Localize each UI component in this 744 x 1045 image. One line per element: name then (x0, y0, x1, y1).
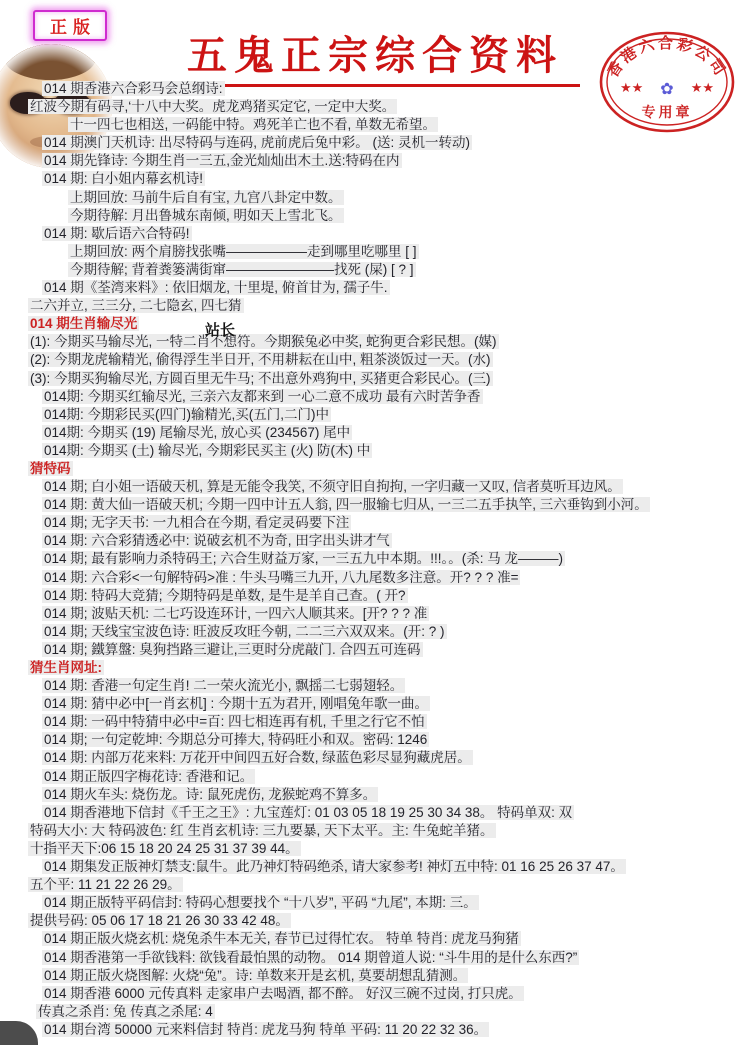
line-text: 五个平: 11 21 22 26 29。 (28, 877, 183, 892)
text-line: 上期回放: 两个肩膀找张嘴——————走到哪里吃哪里 [ ] (0, 243, 744, 261)
text-line: 014 期: 白小姐内幕玄机诗! (0, 170, 744, 188)
text-line: 014 期火车头: 烧伤龙。诗: 鼠死虎伤, 龙猴蛇鸡不算多。 (0, 786, 744, 804)
text-line: 014 期台湾 50000 元来料信封 特肖: 虎龙马狗 特单 平码: 11 2… (0, 1021, 744, 1039)
line-text: 014 期: 内部万花来料: 万花开中间四五好合数, 绿蓝色彩尽显狗藏虎居。 (42, 750, 473, 765)
line-text: 上期回放: 两个肩膀找张嘴——————走到哪里吃哪里 [ ] (68, 244, 419, 259)
text-line: 提供号码: 05 06 17 18 21 26 30 33 42 48。 (0, 912, 744, 930)
line-text: 014 期; 最有影响力杀特码王; 六合生财益万家, 一三五九中本期。!!!。。… (42, 551, 565, 566)
line-text: 014 期; 鐵算盤: 臭狗挡路三避让,三更时分虎敲门. 合四五可连码 (42, 642, 423, 657)
line-text: 014 期集发正版神灯禁支:鼠牛。此乃神灯特码绝杀, 请大家参考! 神灯五中特:… (42, 859, 626, 874)
text-line: 014 期; 波贴天机: 二七巧设连环计, 一四六人顺其来。[开? ? ? 准 (0, 605, 744, 623)
text-line: 014 期先锋诗: 今期生肖一三五,金光灿灿出木土.送:特码在内 (0, 152, 744, 170)
text-line: 014 期: 特码大竞猜; 今期特码是单数, 是牛是羊自己查。( 开? (0, 587, 744, 605)
text-line: 五个平: 11 21 22 26 29。 (0, 876, 744, 894)
line-text: 014 期; 一句定乾坤: 今期总分可捧大, 特码旺小和双。密码: 1246 (42, 732, 429, 747)
text-line: 014 期: 内部万花来料: 万花开中间四五好合数, 绿蓝色彩尽显狗藏虎居。 (0, 749, 744, 767)
text-line: 今期待解: 月出鲁城东南倾, 明如天上雪北飞。 (0, 207, 744, 225)
line-text: 014 期正版火烧玄机: 烧兔杀牛本无关, 春节已过得忙农。 特单 特肖: 虎龙… (42, 931, 521, 946)
line-text: 014 期: 一码中特猜中必中=百: 四七相连再有机, 千里之行它不怕 (42, 714, 427, 729)
text-line: 014 期: 黄大仙一语破天机; 今期一四中计五人翁, 四一服输七归从, 一三二… (0, 496, 744, 514)
line-text: 014期: 今期彩民买(四门)输精光,买(五门,二门)中 (42, 407, 331, 422)
text-line: 014 期; 天线宝宝波色诗: 旺波反攻旺今朝, 二二三六双双来。(开: ? ) (0, 623, 744, 641)
text-line: (1): 今期买马输尽光, 一特二肖不想符。今期猴兔必中奖, 蛇狗更合彩民想。(… (0, 333, 744, 351)
line-text: 014 期; 波贴天机: 二七巧设连环计, 一四六人顺其来。[开? ? ? 准 (42, 606, 429, 621)
line-text: (3): 今期买狗输尽光, 方圆百里无牛马; 不出意外鸡狗中, 买猪更合彩民心。… (28, 371, 493, 386)
text-line: 014期: 今期买红输尽光, 三亲六友都来到 一心二意不成功 最有六时苦争香 (0, 388, 744, 406)
line-text: 014 期: 歇后语六合特码! (42, 226, 192, 241)
line-text: (2): 今期龙虎输精光, 偷得浮生半日开, 不用耕耘在山中, 粗茶淡饭过一天。… (28, 352, 493, 367)
line-text: 014 期台湾 50000 元来料信封 特肖: 虎龙马狗 特单 平码: 11 2… (42, 1022, 489, 1037)
line-text: 今期待解: 月出鲁城东南倾, 明如天上雪北飞。 (68, 208, 344, 223)
text-line: 014 期; 最有影响力杀特码王; 六合生财益万家, 一三五九中本期。!!!。。… (0, 550, 744, 568)
line-text: 014期: 今期买红输尽光, 三亲六友都来到 一心二意不成功 最有六时苦争香 (42, 389, 483, 404)
line-text: 014 期: 特码大竞猜; 今期特码是单数, 是牛是羊自己查。( 开? (42, 588, 408, 603)
text-line: 014 期: 六合彩猜透必中: 说破玄机不为奇, 田字出头讲才气 (0, 532, 744, 550)
line-text: 014 期: 白小姐内幕玄机诗! (42, 171, 205, 186)
line-text: 014 期: 香港一句定生肖! 二一荣火流光小, 飘摇二七弱翅轻。 (42, 678, 405, 693)
text-line: 014 期正版特平码信封: 特码心想要找个 “十八岁”, 平码 “九尾”, 本期… (0, 894, 744, 912)
line-text: 014 期香港地下信封《千王之王》: 九宝莲灯: 01 03 05 18 19 … (42, 805, 574, 820)
stamp-arc-text: 香港六合彩公司 (604, 34, 731, 81)
line-text: 十指平天下:06 15 18 20 24 25 31 37 39 44。 (28, 841, 301, 856)
text-line: 014 期: 六合彩<一句解特码>准 : 牛头马嘴三九开, 八九尾数多注意。开?… (0, 569, 744, 587)
stamp-flower-emblem-icon: ✿ (660, 81, 673, 98)
text-line: 014 期: 香港一句定生肖! 二一荣火流光小, 飘摇二七弱翅轻。 (0, 677, 744, 695)
line-text: 上期回放: 马前牛后自有宝, 九宫八卦定中数。 (68, 190, 344, 205)
line-text: 014期: 今期买 (土) 输尽光, 今期彩民买主 (火) 防(木) 中 (42, 443, 372, 458)
line-text: (1): 今期买马输尽光, 一特二肖不想符。今期猴兔必中奖, 蛇狗更合彩民想。(… (28, 334, 499, 349)
line-text: 014 期《荃湾来料》: 依旧烟龙, 十里堤, 俯首甘为, 孺子牛. (42, 280, 390, 295)
text-line: 014期: 今期买 (19) 尾输尽光, 放心买 (234567) 尾中 (0, 424, 744, 442)
text-line: 014 期; 无字天书: 一九相合在今期, 看定灵码要下注 (0, 514, 744, 532)
line-text: 014 期澳门天机诗: 出尽特码与连码, 虎前虎后兔中彩。 (送: 灵机一转动) (42, 135, 472, 150)
line-text: 红波今期有码寻,‘十八中大奖。虎龙鸡猪买定它, 一定中大奖。 (28, 99, 397, 114)
text-line: (3): 今期买狗输尽光, 方圆百里无牛马; 不出意外鸡狗中, 买猪更合彩民心。… (0, 370, 744, 388)
line-text: 014 期正版四字梅花诗: 香港和记。 (42, 769, 255, 784)
text-line: 014 期香港第一手欲钱料: 欲钱看最怕黑的动物。 014 期曾道人说: “斗牛… (0, 949, 744, 967)
line-text: 014 期: 六合彩猜透必中: 说破玄机不为奇, 田字出头讲才气 (42, 533, 392, 548)
text-line: 014 期香港地下信封《千王之王》: 九宝莲灯: 01 03 05 18 19 … (0, 804, 744, 822)
line-text: 提供号码: 05 06 17 18 21 26 30 33 42 48。 (28, 913, 291, 928)
text-line: 上期回放: 马前牛后自有宝, 九宫八卦定中数。 (0, 189, 744, 207)
text-line: 传真之杀肖: 兔 传真之杀尾: 4 (0, 1003, 744, 1021)
text-line: 今期待解; 背着粪篓满街窜————————找死 (屎) [ ? ] (0, 261, 744, 279)
line-text: 猜特码 (28, 461, 73, 476)
text-line: 014 期; 鐵算盤: 臭狗挡路三避让,三更时分虎敲门. 合四五可连码 (0, 641, 744, 659)
line-text: 014 期: 猜中必中[一肖玄机] : 今期十五为君开, 刚唱兔年歌一曲。 (42, 696, 430, 711)
line-text: 二六并立, 三三分, 二七隐玄, 四七猜 (28, 298, 244, 313)
text-line: 014 期澳门天机诗: 出尽特码与连码, 虎前虎后兔中彩。 (送: 灵机一转动) (0, 134, 744, 152)
line-text: 014 期; 无字天书: 一九相合在今期, 看定灵码要下注 (42, 515, 351, 530)
section-heading-line: 猜特码 (0, 460, 744, 478)
line-text: 014 期; 天线宝宝波色诗: 旺波反攻旺今朝, 二二三六双双来。(开: ? ) (42, 624, 447, 639)
line-text: 014 期正版特平码信封: 特码心想要找个 “十八岁”, 平码 “九尾”, 本期… (42, 895, 479, 910)
text-line: 014 期: 歇后语六合特码! (0, 225, 744, 243)
text-line: 014 期: 一码中特猜中必中=百: 四七相连再有机, 千里之行它不怕 (0, 713, 744, 731)
text-line: 014 期正版四字梅花诗: 香港和记。 (0, 768, 744, 786)
line-text: 传真之杀肖: 兔 传真之杀尾: 4 (36, 1004, 215, 1019)
text-line: 二六并立, 三三分, 二七隐玄, 四七猜 (0, 297, 744, 315)
text-line: 014 期香港 6000 元传真料 走家串户去喝酒, 都不醉。 好汉三碗不过岗,… (0, 985, 744, 1003)
text-line: 014 期; 一句定乾坤: 今期总分可捧大, 特码旺小和双。密码: 1246 (0, 731, 744, 749)
section-heading-line: 猜生肖网址: (0, 659, 744, 677)
stamp-bottom-text: 专用章 (642, 104, 693, 120)
text-line: 014期: 今期买 (土) 输尽光, 今期彩民买主 (火) 防(木) 中 (0, 442, 744, 460)
line-text: 014期: 今期买 (19) 尾输尽光, 放心买 (234567) 尾中 (42, 425, 352, 440)
text-line: 014期: 今期彩民买(四门)输精光,买(五门,二门)中 (0, 406, 744, 424)
content-lines: 014 期香港六合彩马会总纲诗:红波今期有码寻,‘十八中大奖。虎龙鸡猪买定它, … (0, 80, 744, 1039)
stamp-stars-left: ★★ (620, 80, 643, 95)
text-line: 014 期正版火烧图解: 火烧“兔”。诗: 单数来开是玄机, 莫要胡想乱猜测。 (0, 967, 744, 985)
line-text: 014 期香港 6000 元传真料 走家串户去喝酒, 都不醉。 好汉三碗不过岗,… (42, 986, 524, 1001)
line-text: 014 期香港第一手欲钱料: 欲钱看最怕黑的动物。 014 期曾道人说: “斗牛… (42, 950, 579, 965)
company-stamp: 香港六合彩公司 ★★ ✿ ★★ 专用章 (596, 28, 738, 136)
text-line: 特码大小: 大 特码波色: 红 生肖玄机诗: 三九要暴, 天下太平。主: 牛兔蛇… (0, 822, 744, 840)
line-text: 十一四七也相送, 一码能中特。鸡死羊亡也不看, 单数无希望。 (68, 117, 438, 132)
text-line: 014 期《荃湾来料》: 依旧烟龙, 十里堤, 俯首甘为, 孺子牛. (0, 279, 744, 297)
text-line: 014 期集发正版神灯禁支:鼠牛。此乃神灯特码绝杀, 请大家参考! 神灯五中特:… (0, 858, 744, 876)
page-title: 五鬼正宗综合资料 (170, 24, 580, 87)
line-text: 014 期; 白小姐一语破天机, 算是无能令我笑, 不须守旧自拘拘, 一字归藏一… (42, 479, 623, 494)
line-text: 014 期: 六合彩<一句解特码>准 : 牛头马嘴三九开, 八九尾数多注意。开?… (42, 570, 520, 585)
line-text: 014 期火车头: 烧伤龙。诗: 鼠死虎伤, 龙猴蛇鸡不算多。 (42, 787, 378, 802)
stamp-stars-right: ★★ (691, 80, 714, 95)
text-line: (2): 今期龙虎输精光, 偷得浮生半日开, 不用耕耘在山中, 粗茶淡饭过一天。… (0, 351, 744, 369)
document-page: 正版 五鬼正宗综合资料 香港六合彩公司 ★★ ✿ ★★ 专用章 014 期香港六… (0, 0, 744, 1045)
text-line: 014 期正版火烧玄机: 烧兔杀牛本无关, 春节已过得忙农。 特单 特肖: 虎龙… (0, 930, 744, 948)
authentic-badge: 正版 (33, 10, 107, 41)
line-text: 特码大小: 大 特码波色: 红 生肖玄机诗: 三九要暴, 天下太平。主: 牛兔蛇… (28, 823, 496, 838)
text-line: 014 期; 白小姐一语破天机, 算是无能令我笑, 不须守旧自拘拘, 一字归藏一… (0, 478, 744, 496)
line-text: 猜生肖网址: (28, 660, 104, 675)
line-text: 014 期正版火烧图解: 火烧“兔”。诗: 单数来开是玄机, 莫要胡想乱猜测。 (42, 968, 468, 983)
section-heading-line: 014 期生肖输尽光站长 (0, 315, 744, 333)
overlapping-stamp-text: 站长 (205, 322, 235, 340)
line-text: 014 期: 黄大仙一语破天机; 今期一四中计五人翁, 四一服输七归从, 一三二… (42, 497, 650, 512)
text-line: 014 期: 猜中必中[一肖玄机] : 今期十五为君开, 刚唱兔年歌一曲。 (0, 695, 744, 713)
line-text: 014 期生肖输尽光 (28, 316, 139, 331)
line-text: 014 期先锋诗: 今期生肖一三五,金光灿灿出木土.送:特码在内 (42, 153, 402, 168)
line-text: 014 期香港六合彩马会总纲诗: (42, 81, 225, 96)
text-line: 十指平天下:06 15 18 20 24 25 31 37 39 44。 (0, 840, 744, 858)
line-text: 今期待解; 背着粪篓满街窜————————找死 (屎) [ ? ] (68, 262, 416, 277)
